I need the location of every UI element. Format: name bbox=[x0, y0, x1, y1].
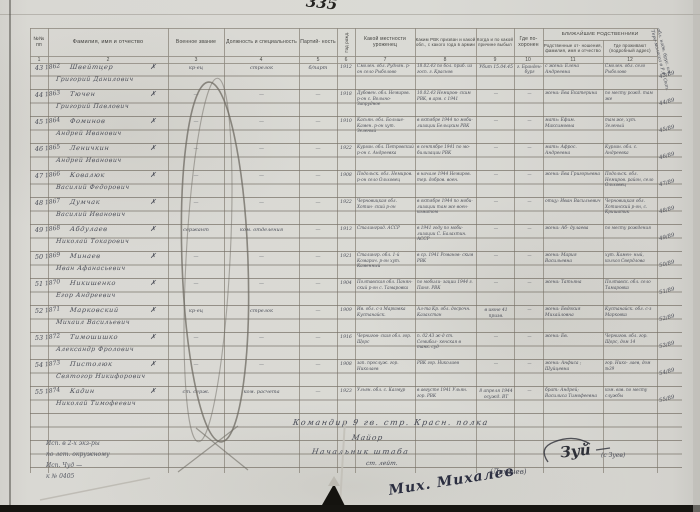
cell-birthplace: Касьян. обл. Больше-Камен. р-он хут. Зел… bbox=[357, 117, 414, 134]
cell-given-name: Григорий Данилович bbox=[56, 76, 134, 83]
cell-birthplace: Смолен. обл. Руднян. р-он село Рыболово bbox=[357, 63, 414, 74]
cell-birth-year: 1923 bbox=[337, 389, 355, 394]
cell-duty: — bbox=[224, 281, 299, 287]
cell-birthplace: Черновицкая обл. Хотин- ский р-он bbox=[357, 198, 414, 209]
cell-register-number: 1864 bbox=[45, 116, 66, 126]
cell-rank: — bbox=[168, 362, 224, 368]
cell-birth-year: 1921 bbox=[337, 254, 355, 259]
cell-duty: ком. отделения bbox=[224, 227, 299, 233]
cell-kin-address: по месту рождения bbox=[605, 225, 656, 231]
cell-burial-place: — bbox=[516, 145, 543, 150]
cell-register-number: 1870 bbox=[45, 278, 66, 288]
cell-duty: — bbox=[224, 92, 299, 98]
cell-given-name: Андрей Иванович bbox=[56, 157, 122, 164]
cell-register-number: 1867 bbox=[45, 197, 66, 207]
cell-register-number: 1869 bbox=[45, 251, 66, 261]
cell-birthplace: зап. прослуж. гор. Николаев bbox=[357, 360, 414, 371]
cell-loss-cause: — bbox=[478, 227, 514, 233]
header-col-rank: Военное звание bbox=[168, 28, 224, 56]
cell-kin-address: гор. Нико- лаев, дом №39 bbox=[605, 360, 656, 371]
cell-party: — bbox=[299, 227, 337, 233]
cell-given-name: Василий Иванович bbox=[56, 211, 126, 218]
cell-surname: Кадин bbox=[70, 387, 96, 395]
cell-next-of-kin: жена: Евдокия Михайловна bbox=[545, 307, 602, 319]
cell-given-name: Николай Тимофеевич bbox=[56, 400, 137, 407]
check-x-mark: ✗ bbox=[150, 63, 162, 71]
margin-reference: 54/89 bbox=[659, 365, 686, 377]
cell-birth-year: 1910 bbox=[337, 119, 355, 124]
cell-surname: Фоминов bbox=[70, 117, 106, 125]
cell-drafted-by: в августе 1941 Ульян. гор. РВК bbox=[417, 387, 475, 398]
cell-drafted-by: в начале 1944 Немиров. тер. добров. воен… bbox=[417, 171, 475, 182]
check-x-mark: ✗ bbox=[150, 306, 162, 314]
cell-loss-cause: — bbox=[478, 281, 514, 287]
cell-given-name: Василий Федорович bbox=[56, 184, 130, 191]
executor-note-line1: Исп. в 2-х экз-ры bbox=[46, 438, 110, 449]
cell-burial-place: — bbox=[516, 91, 543, 96]
cell-surname: Никишенко bbox=[70, 279, 117, 287]
cell-rank: — bbox=[168, 335, 224, 341]
cell-surname: Марковский bbox=[70, 306, 120, 314]
cell-kin-address: там же, хут. Зеленый bbox=[605, 117, 656, 128]
header-col-year: Год рожд. bbox=[336, 26, 356, 58]
cell-rank: сержант bbox=[168, 227, 224, 233]
table-row: 44 1863 Тючен ✗ Григорий Павлович — — — … bbox=[30, 90, 698, 117]
cell-next-of-kin: брат: Андрей; Василиса Тимофеевна bbox=[545, 388, 602, 400]
cell-party: — bbox=[299, 200, 337, 206]
cell-drafted-by: в сентябре 1941 по мо- билизации РВК bbox=[417, 144, 475, 155]
header-kin-group: БЛИЖАЙШИЕ РОДСТВЕННИКИ bbox=[543, 29, 657, 40]
cell-surname: Тючен bbox=[70, 90, 96, 98]
cell-burial-place: г. Бранден- бург bbox=[516, 64, 543, 75]
cell-burial-place: — bbox=[516, 118, 543, 123]
check-x-mark: ✗ bbox=[150, 117, 162, 125]
table-row: 51 1870 Никишенко ✗ Егор Андреевич — — —… bbox=[30, 279, 698, 306]
cell-surname: Тимошишко bbox=[70, 333, 119, 341]
cell-next-of-kin: мать: Афрос. Андреевна bbox=[545, 145, 602, 157]
cell-kin-address: Курган. обл. с. Андреевка bbox=[605, 144, 656, 155]
margin-reference: 55/89 bbox=[659, 392, 686, 404]
cell-register-number: 1871 bbox=[45, 305, 66, 315]
cell-given-name: Николай Токарович bbox=[56, 238, 130, 245]
margin-reference: 45/89 bbox=[659, 122, 686, 134]
cell-burial-place: — bbox=[516, 334, 543, 339]
cell-burial-place: — bbox=[516, 226, 543, 231]
cell-next-of-kin: жена: Аб- дулаева bbox=[545, 226, 602, 232]
cell-register-number: 1862 bbox=[45, 62, 66, 72]
cell-birthplace: Подольск. обл. Немиров. р-он село Ольхов… bbox=[357, 171, 414, 182]
check-x-mark: ✗ bbox=[150, 198, 162, 206]
cell-burial-place: — bbox=[516, 199, 543, 204]
cell-drafted-by: РВК гор. Николаев bbox=[417, 360, 475, 366]
cell-next-of-kin: мать: Ефим. Максимовна bbox=[545, 118, 602, 130]
commander-title: Командир 9 гв. стр. Красн. полка bbox=[292, 418, 489, 427]
executor-note-line4: к № 0405 bbox=[46, 471, 110, 482]
margin-reference: 52/89 bbox=[659, 311, 686, 323]
cell-birth-year: 1918 bbox=[337, 92, 355, 97]
cell-drafted-by: в октябре 1944 по моби- лизации Бельцким… bbox=[417, 117, 475, 128]
header-col-duty: Должность и специальность bbox=[224, 28, 299, 56]
cell-birthplace: Дубовен. обл. Немиров. р-он с. Волыно-За… bbox=[357, 90, 414, 107]
cell-kin-address: по месту рожд. там же bbox=[605, 90, 656, 101]
cell-burial-place: — bbox=[516, 172, 543, 177]
table-row: 54 1873 Пистолюк ✗ Святогор Никифорович … bbox=[30, 360, 698, 387]
margin-reference: 46/89 bbox=[659, 149, 686, 161]
header-col-drafted: Каким РВК призван и какой обл., с какого… bbox=[415, 28, 476, 56]
commander-rank: Майор bbox=[351, 433, 384, 442]
cell-rank: — bbox=[168, 254, 224, 260]
cell-party: — bbox=[299, 362, 337, 368]
check-x-mark: ✗ bbox=[150, 252, 162, 260]
signature-name-note: (Лихачев) bbox=[490, 468, 527, 476]
header-col-address: Где проживают (подробный адрес) bbox=[603, 40, 657, 56]
margin-reference: 49/89 bbox=[659, 230, 686, 242]
table-row: 43 1862 Швейтцер ✗ Григорий Данилович кр… bbox=[30, 63, 698, 90]
cell-surname: Ковалюк bbox=[70, 171, 106, 179]
cell-duty: — bbox=[224, 362, 299, 368]
executor-note: Исп. в 2-х экз-ры по лет. окружному Исп.… bbox=[46, 438, 110, 482]
cell-party: — bbox=[299, 254, 337, 260]
cell-kin-address: Подольск. обл. Немиров. район, село Ольх… bbox=[605, 171, 656, 188]
cell-birthplace: Сталингр. обл. 1-й Комарич. р-он хут. Ка… bbox=[357, 252, 414, 269]
cell-drafted-by: по мобили- зации 1944 г. Паня. РВК bbox=[417, 279, 475, 290]
cell-kin-address: Черновицкая обл. Хотинский р-он, с. Криш… bbox=[605, 198, 656, 215]
cell-duty: стрелок bbox=[224, 65, 299, 71]
cell-loss-cause: — bbox=[478, 200, 514, 206]
cell-birthplace: Ив. обл. с-з Марковка Кустанайск. bbox=[357, 306, 414, 317]
cell-register-number: 1868 bbox=[45, 224, 66, 234]
short-signature-note: (с Зуев) bbox=[601, 452, 625, 459]
cell-kin-address: хут. Камен- ный, колхоз Свердлова bbox=[605, 252, 656, 263]
cell-next-of-kin: жена: Ева Екатерина bbox=[545, 91, 602, 97]
cell-register-number: 1865 bbox=[45, 143, 66, 153]
cell-burial-place: — bbox=[516, 388, 543, 393]
scan-left-edge bbox=[9, 0, 11, 512]
margin-reference: 47/89 bbox=[659, 176, 686, 188]
cell-party: — bbox=[299, 308, 337, 314]
cell-burial-place: — bbox=[516, 280, 543, 285]
cell-drafted-by: Ал-та Кр. обл. досрочн. Казахстан bbox=[417, 306, 475, 317]
cell-rank: — bbox=[168, 92, 224, 98]
cell-given-name: Андрей Иванович bbox=[56, 130, 122, 137]
cell-duty: — bbox=[224, 146, 299, 152]
cell-birthplace: Полтавская обл. Панян- ский р-он с. Тама… bbox=[357, 279, 414, 290]
margin-reference: 50/89 bbox=[659, 257, 686, 269]
page-number-mark: 335 bbox=[305, 0, 338, 14]
cell-loss-cause: — bbox=[478, 173, 514, 179]
cell-party: — bbox=[299, 389, 337, 395]
table-row: 47 1866 Ковалюк ✗ Василий Федорович — — … bbox=[30, 171, 698, 198]
cell-given-name: Григорий Павлович bbox=[56, 103, 130, 110]
cell-loss-cause: — bbox=[478, 92, 514, 98]
header-col-party: Партий- ность bbox=[299, 28, 337, 56]
cell-given-name: Александр Фролович bbox=[56, 346, 135, 353]
cell-kin-address: Смолен. обл. село Рыболово bbox=[605, 63, 656, 74]
cell-birthplace: Сталинград. АССР bbox=[357, 225, 414, 231]
cell-birthplace: Чернигов- ская обл. гор. Щорс bbox=[357, 333, 414, 344]
cell-rank: ст. серж. bbox=[168, 389, 224, 395]
cell-rank: — bbox=[168, 281, 224, 287]
check-x-mark: ✗ bbox=[150, 387, 162, 395]
scanned-document-page: 335 №№ пп Фамилия, имя и отчество Военно… bbox=[0, 0, 700, 512]
cell-duty: — bbox=[224, 119, 299, 125]
cell-birth-year: 1908 bbox=[337, 362, 355, 367]
cell-next-of-kin: жена: Ева Григорьевна bbox=[545, 172, 602, 178]
check-x-mark: ✗ bbox=[150, 171, 162, 179]
cell-party: — bbox=[299, 92, 337, 98]
cell-birth-year: 1922 bbox=[337, 200, 355, 205]
cell-loss-cause: — bbox=[478, 119, 514, 125]
cell-birth-year: 1909 bbox=[337, 308, 355, 313]
cell-burial-place: — bbox=[516, 361, 543, 366]
torn-black-wedge bbox=[318, 484, 348, 512]
cell-surname: Минаев bbox=[70, 252, 101, 260]
header-col-kin: Родственные от- ношения, фамилия, имя и … bbox=[543, 40, 603, 56]
chief-of-staff-title: Начальник штаба bbox=[311, 447, 410, 456]
cell-surname: Пистолюк bbox=[70, 360, 113, 368]
short-signature: Зуй bbox=[559, 440, 591, 461]
cell-birth-year: 1904 bbox=[337, 281, 355, 286]
table-row: 55 1874 Кадин ✗ Николай Тимофеевич ст. с… bbox=[30, 387, 698, 414]
cell-surname: Швейтцер bbox=[70, 63, 114, 71]
cell-rank: кр-ец bbox=[168, 308, 224, 314]
entries: 43 1862 Швейтцер ✗ Григорий Данилович кр… bbox=[30, 63, 698, 423]
cell-kin-address: Чернигов. обл. гор. Щорс, дом 14 bbox=[605, 333, 656, 344]
table-row: 46 1865 Леничкин ✗ Андрей Иванович — — —… bbox=[30, 144, 698, 171]
cell-drafted-by: в ср. 1941 Романов- ским РВК bbox=[417, 252, 475, 263]
cell-duty: — bbox=[224, 335, 299, 341]
cell-rank: — bbox=[168, 173, 224, 179]
cell-rank: — bbox=[168, 146, 224, 152]
cell-birth-year: 1913 bbox=[337, 227, 355, 232]
cell-duty: — bbox=[224, 254, 299, 260]
table-row: 50 1869 Минаев ✗ Иван Афанасьевич — — — … bbox=[30, 252, 698, 279]
cell-duty: — bbox=[224, 173, 299, 179]
cell-given-name: Михаил Васильевич bbox=[56, 319, 131, 326]
table-row: 53 1872 Тимошишко ✗ Александр Фролович —… bbox=[30, 333, 698, 360]
cell-rank: — bbox=[168, 200, 224, 206]
margin-reference: 53/89 bbox=[659, 338, 686, 350]
scan-top-rule bbox=[0, 14, 700, 15]
cell-drafted-by: п. 02.43 ж-д ст. Семибал- кенская в танк… bbox=[417, 333, 475, 350]
header-col-fate: Когда и по какой причине выбыл bbox=[476, 28, 514, 56]
check-x-mark: ✗ bbox=[150, 333, 162, 341]
executor-note-line2: по лет. окружному bbox=[46, 449, 110, 460]
cell-duty: стрелок bbox=[224, 308, 299, 314]
header-col-birthplace: Какой местности уроженец bbox=[355, 28, 415, 56]
cell-loss-cause: — bbox=[478, 335, 514, 341]
cell-party: — bbox=[299, 281, 337, 287]
tear-highlight bbox=[328, 476, 340, 486]
cell-birthplace: Курган. обл. Петровский р-он с. Андреевк… bbox=[357, 144, 414, 155]
cell-next-of-kin: жена: Татьяна bbox=[545, 280, 602, 286]
cell-drafted-by: 18.02.43 по бол. приб. из госп. г. Красн… bbox=[417, 63, 475, 74]
cell-register-number: 1866 bbox=[45, 170, 66, 180]
cell-next-of-kin: жена: Ев. bbox=[545, 334, 602, 340]
cell-birth-year: 1922 bbox=[337, 146, 355, 151]
cell-loss-cause: 8 апреля 1944 осужд. ВТ bbox=[478, 389, 514, 400]
margin-reference: 48/89 bbox=[659, 203, 686, 215]
chief-of-staff-rank: ст. лейт. bbox=[366, 460, 399, 467]
cell-surname: Леничкин bbox=[70, 144, 110, 152]
check-x-mark: ✗ bbox=[150, 279, 162, 287]
cell-surname: Думчак bbox=[70, 198, 101, 206]
cell-kin-address: Кустанайск. обл. с-з Марковка bbox=[605, 306, 656, 317]
cell-party: — bbox=[299, 335, 337, 341]
cell-duty: — bbox=[224, 200, 299, 206]
check-x-mark: ✗ bbox=[150, 90, 162, 98]
cell-register-number: 1872 bbox=[45, 332, 66, 342]
check-x-mark: ✗ bbox=[150, 360, 162, 368]
cell-given-name: Егор Андреевич bbox=[56, 292, 116, 299]
cell-birth-year: 1916 bbox=[337, 335, 355, 340]
cell-birth-year: 1912 bbox=[337, 65, 355, 70]
cell-rank: — bbox=[168, 119, 224, 125]
cell-kin-address: Полтавск. обл. село Тамаровка bbox=[605, 279, 656, 290]
header-col-num: №№ пп bbox=[30, 28, 48, 56]
executor-note-line3: Исп. Чуд — bbox=[46, 460, 110, 471]
cell-burial-place: — bbox=[516, 307, 543, 312]
cell-register-number: 1873 bbox=[45, 359, 66, 369]
cell-next-of-kin: жена: Мария Васильевна bbox=[545, 253, 602, 265]
cell-surname: Абдулаев bbox=[70, 225, 109, 233]
cell-party: — bbox=[299, 146, 337, 152]
cell-loss-cause: — bbox=[478, 362, 514, 368]
cell-loss-cause: — bbox=[478, 254, 514, 260]
cell-duty: ком. расчета bbox=[224, 389, 299, 395]
cell-given-name: Иван Афанасьевич bbox=[56, 265, 126, 272]
header-col-buried: Где по- хоронен bbox=[514, 28, 543, 56]
cell-rank: кр-ец bbox=[168, 65, 224, 71]
cell-next-of-kin: отцу: Иван Васильевич bbox=[545, 199, 602, 205]
cell-loss-cause: в июне 41 призв. bbox=[478, 308, 514, 319]
cell-next-of-kin: жена: Анфиса ; Шуйцевна bbox=[545, 361, 602, 373]
cell-burial-place: — bbox=[516, 253, 543, 258]
table-row: 52 1871 Марковский ✗ Михаил Васильевич к… bbox=[30, 306, 698, 333]
cell-drafted-by: 10.02.43 Немиров- ским РВК, в арм. с 194… bbox=[417, 90, 475, 101]
cell-register-number: 1874 bbox=[45, 386, 66, 396]
cell-loss-cause: — bbox=[478, 146, 514, 152]
cell-given-name: Святогор Никифорович bbox=[56, 373, 146, 380]
scan-bottom-strip bbox=[0, 505, 700, 512]
margin-reference: 51/89 bbox=[659, 284, 686, 296]
cell-loss-cause: Убит 15.04.45 bbox=[478, 65, 514, 71]
cell-kin-address: ком. взв. по месту службы bbox=[605, 387, 656, 398]
cell-party: — bbox=[299, 173, 337, 179]
cell-next-of-kin: с жена: Елена Андреевна bbox=[545, 64, 602, 76]
cell-party: б/парт bbox=[299, 65, 337, 71]
cell-register-number: 1863 bbox=[45, 89, 66, 99]
cell-party: — bbox=[299, 119, 337, 125]
header-col-name: Фамилия, имя и отчество bbox=[48, 28, 168, 56]
cell-drafted-by: в октябре 1944 по моби- лизации там же в… bbox=[417, 198, 475, 215]
cell-birthplace: Ульян. обл. с. Казмур bbox=[357, 387, 414, 393]
check-x-mark: ✗ bbox=[150, 225, 162, 233]
table-row: 45 1864 Фоминов ✗ Андрей Иванович — — — … bbox=[30, 117, 698, 144]
table-row: 49 1868 Абдулаев ✗ Николай Токарович сер… bbox=[30, 225, 698, 252]
cell-drafted-by: в 1941 году по моби- лизации С. Балахтин… bbox=[417, 225, 475, 242]
cell-birth-year: 1908 bbox=[337, 173, 355, 178]
table-row: 48 1867 Думчак ✗ Василий Иванович — — — … bbox=[30, 198, 698, 225]
check-x-mark: ✗ bbox=[150, 144, 162, 152]
